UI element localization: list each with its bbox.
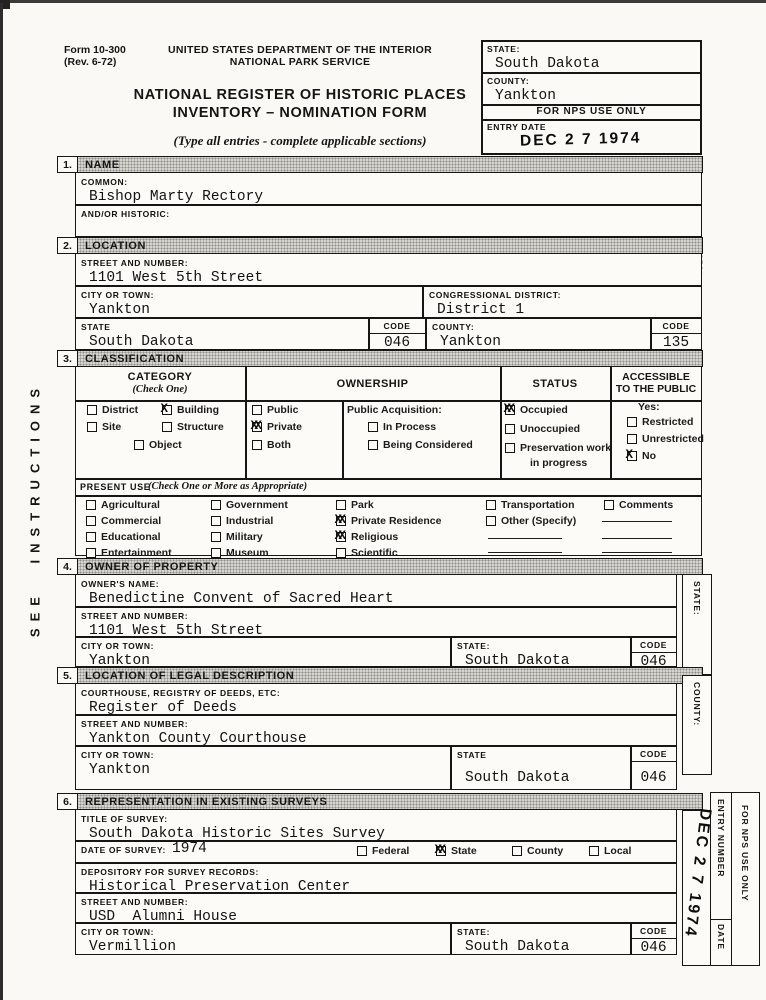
checkbox-item-federal: Federal xyxy=(357,845,409,857)
side-state-label: STATE: xyxy=(692,575,702,674)
location-city-label: CITY OR TOWN: xyxy=(77,287,421,300)
present-use-label: PRESENT USE xyxy=(80,482,150,492)
section-2-number: 2. xyxy=(58,238,78,253)
other-blank-line-2 xyxy=(488,552,562,553)
survey-street-field: STREET AND NUMBER: USD Alumni House xyxy=(77,894,675,925)
common-name-value: Bishop Marty Rectory xyxy=(77,187,700,205)
location-county-label: COUNTY: xyxy=(428,319,648,332)
form-title-block: NATIONAL REGISTER OF HISTORIC PLACES INV… xyxy=(120,86,480,122)
checkbox-item-public: Public xyxy=(252,404,299,416)
location-state-value: South Dakota xyxy=(77,332,367,350)
see-instructions-note: SEE INSTRUCTIONS xyxy=(28,360,43,660)
survey-state-label: STATE: xyxy=(453,924,628,937)
checkbox-item-industrial: Industrial xyxy=(211,515,273,527)
checkbox-occupied: XX xyxy=(505,405,515,415)
section-1-title: NAME xyxy=(78,157,120,172)
scan-edge-left xyxy=(0,3,3,1000)
checkbox-item-being-considered: Being Considered xyxy=(368,439,473,451)
public-acquisition-label: Public Acquisition: xyxy=(347,404,442,416)
survey-state-field: STATE: South Dakota xyxy=(453,924,628,955)
comments-blank-line-1 xyxy=(602,521,672,522)
legal-street-field: STREET AND NUMBER: Yankton County Courth… xyxy=(77,716,675,747)
county-field: COUNTY: Yankton xyxy=(483,73,700,104)
checkbox-item-military: Military xyxy=(211,531,263,543)
survey-code-value: 046 xyxy=(631,939,676,956)
legal-state-label: STATE xyxy=(453,747,628,760)
owner-street-field: STREET AND NUMBER: 1101 West 5th Street xyxy=(77,608,675,639)
checkbox-government xyxy=(211,500,221,510)
owner-code-label: CODE xyxy=(631,637,676,653)
checkbox-structure xyxy=(162,422,172,432)
location-city-field: CITY OR TOWN: Yankton xyxy=(77,287,421,318)
historic-name-field: AND/OR HISTORIC: xyxy=(77,206,700,221)
section-6-number: 6. xyxy=(58,794,78,809)
checkbox-park xyxy=(336,500,346,510)
checkbox-commercial xyxy=(86,516,96,526)
checkbox-industrial xyxy=(211,516,221,526)
form-title-line2: INVENTORY – NOMINATION FORM xyxy=(120,104,480,122)
owner-city-field: CITY OR TOWN: Yankton xyxy=(77,638,447,669)
category-subheader: (Check One) xyxy=(75,384,245,395)
accessible-header-1: ACCESSIBLE xyxy=(610,371,702,383)
checkbox-restricted xyxy=(627,417,637,427)
side-state-cell: STATE: xyxy=(682,574,712,675)
owner-name-label: OWNER'S NAME: xyxy=(77,576,675,589)
survey-date-value: 1974 xyxy=(172,841,207,857)
checkbox-item-district: District xyxy=(87,404,138,416)
legal-code-label: CODE xyxy=(631,746,676,762)
checkbox-transportation xyxy=(486,500,496,510)
depository-label: DEPOSITORY FOR SURVEY RECORDS: xyxy=(77,864,675,877)
checkbox-item-building: XBuilding xyxy=(162,404,219,416)
checkbox-educational xyxy=(86,532,96,542)
checkbox-unrestricted xyxy=(627,434,637,444)
legal-street-label: STREET AND NUMBER: xyxy=(77,716,675,729)
other-blank-line-1 xyxy=(488,538,562,539)
entry-number-label: ENTRY NUMBER xyxy=(716,793,726,919)
owner-state-field: STATE: South Dakota xyxy=(453,638,628,669)
checkbox-local xyxy=(589,846,599,856)
accessible-header-2: TO THE PUBLIC xyxy=(610,383,702,395)
checkbox-both xyxy=(252,440,262,450)
survey-city-field: CITY OR TOWN: Vermillion xyxy=(77,924,447,955)
checkbox-item-county: County xyxy=(512,845,563,857)
county-code-label: CODE xyxy=(651,318,701,334)
checkbox-no: X xyxy=(627,451,637,461)
date-cell-label: DATE xyxy=(716,920,726,965)
form-number-block: Form 10-300 (Rev. 6-72) xyxy=(64,44,126,68)
checkbox-item-occupied: XXOccupied xyxy=(505,404,568,416)
present-use-subnote: (Check One or More as Appropriate) xyxy=(148,481,307,492)
section-6-bar: 6. REPRESENTATION IN EXISTING SURVEYS xyxy=(57,793,703,810)
section-3-title: CLASSIFICATION xyxy=(78,351,184,366)
historic-name-value xyxy=(77,219,700,221)
checkbox-public xyxy=(252,405,262,415)
checkbox-district xyxy=(87,405,97,415)
section-2-title: LOCATION xyxy=(78,238,146,253)
section-3-bar: 3. CLASSIFICATION xyxy=(57,350,703,367)
side-county-cell: COUNTY: xyxy=(682,675,712,775)
checkbox-item-structure: Structure xyxy=(162,421,224,433)
checkbox-private-residence: XX xyxy=(336,516,346,526)
owner-code-cell: CODE 046 xyxy=(631,637,676,670)
section-1-number: 1. xyxy=(58,157,78,172)
form-revision: (Rev. 6-72) xyxy=(64,56,126,68)
checkbox-item-private: XXPrivate xyxy=(252,421,302,433)
county-value: Yankton xyxy=(483,86,700,104)
location-city-value: Yankton xyxy=(77,300,421,318)
preservation-work-label2: in progress xyxy=(530,457,587,469)
side-county-label: COUNTY: xyxy=(692,676,702,774)
survey-title-label: TITLE OF SURVEY: xyxy=(77,811,675,824)
legal-state-field: STATE South Dakota xyxy=(453,747,628,786)
state-code-cell: CODE 046 xyxy=(369,318,425,351)
entry-date-label: ENTRY DATE xyxy=(487,122,546,132)
date-cell: DATE xyxy=(710,919,732,966)
department-block: UNITED STATES DEPARTMENT OF THE INTERIOR… xyxy=(150,44,450,68)
checkbox-item-private-residence: XXPrivate Residence xyxy=(336,515,441,527)
historic-name-label: AND/OR HISTORIC: xyxy=(77,206,700,219)
checkbox-county xyxy=(512,846,522,856)
owner-street-label: STREET AND NUMBER: xyxy=(77,608,675,621)
section-5-bar: 5. LOCATION OF LEGAL DESCRIPTION xyxy=(57,667,703,684)
owner-name-field: OWNER'S NAME: Benedictine Convent of Sac… xyxy=(77,576,675,607)
checkbox-item-agricultural: Agricultural xyxy=(86,499,160,511)
state-code-label: CODE xyxy=(369,318,425,334)
checkbox-item-unoccupied: Unoccupied xyxy=(505,423,580,435)
checkbox-item-unrestricted: Unrestricted xyxy=(627,433,704,445)
congressional-district-value: District 1 xyxy=(425,300,700,318)
form-title-line1: NATIONAL REGISTER OF HISTORIC PLACES xyxy=(120,86,480,104)
checkbox-item-educational: Educational xyxy=(86,531,161,543)
section-4-number: 4. xyxy=(58,559,78,574)
state-field: STATE: South Dakota xyxy=(483,41,700,72)
checkbox-item-other: Other (Specify) xyxy=(486,515,576,527)
section-5-number: 5. xyxy=(58,668,78,683)
scan-edge-top xyxy=(0,0,766,3)
courthouse-label: COURTHOUSE, REGISTRY OF DEEDS, ETC: xyxy=(77,685,675,698)
survey-city-label: CITY OR TOWN: xyxy=(77,924,447,937)
checkbox-state: XX xyxy=(436,846,446,856)
owner-city-label: CITY OR TOWN: xyxy=(77,638,447,651)
checkbox-military xyxy=(211,532,221,542)
checkbox-comments xyxy=(604,500,614,510)
checkbox-item-comments: Comments xyxy=(604,499,673,511)
comments-blank-line-3 xyxy=(602,552,672,553)
for-nps-use-only-label: FOR NPS USE ONLY xyxy=(740,793,750,965)
checkbox-item-local: Local xyxy=(589,845,631,857)
county-label: COUNTY: xyxy=(483,73,700,86)
comments-blank-line-2 xyxy=(602,538,672,539)
checkbox-preservation-work xyxy=(505,443,515,453)
checkbox-item-object: Object xyxy=(134,439,182,451)
checkbox-building: X xyxy=(162,405,172,415)
legal-state-value: South Dakota xyxy=(453,760,628,786)
location-state-label: STATE xyxy=(77,319,367,332)
depository-field: DEPOSITORY FOR SURVEY RECORDS: Historica… xyxy=(77,864,675,895)
checkbox-item-no: XNo xyxy=(627,450,656,462)
location-street-value: 1101 West 5th Street xyxy=(77,268,700,286)
congressional-district-label: CONGRESSIONAL DISTRICT: xyxy=(425,287,700,300)
section-5-title: LOCATION OF LEGAL DESCRIPTION xyxy=(78,668,294,683)
section-4-bar: 4. OWNER OF PROPERTY xyxy=(57,558,703,575)
section-1-bar: 1. NAME xyxy=(57,156,703,173)
checkbox-museum xyxy=(211,548,221,558)
location-county-field: COUNTY: Yankton xyxy=(428,319,648,350)
checkbox-unoccupied xyxy=(505,424,515,434)
survey-date-label: DATE OF SURVEY: xyxy=(81,845,166,855)
state-label: STATE: xyxy=(483,41,700,54)
checkbox-private: XX xyxy=(252,422,262,432)
checkbox-item-site: Site xyxy=(87,421,121,433)
checkbox-item-state: XXState xyxy=(436,845,477,857)
county-code-cell: CODE 135 xyxy=(651,318,701,351)
checkbox-item-preservation-work: Preservation work xyxy=(505,442,611,454)
checkbox-religious: XX xyxy=(336,532,346,542)
common-name-label: COMMON: xyxy=(77,174,700,187)
checkbox-item-commercial: Commercial xyxy=(86,515,161,527)
department-line1: UNITED STATES DEPARTMENT OF THE INTERIOR xyxy=(150,44,450,56)
survey-code-label: CODE xyxy=(631,923,676,939)
checkbox-site xyxy=(87,422,97,432)
legal-city-value: Yankton xyxy=(77,760,447,778)
checkbox-item-government: Government xyxy=(211,499,288,511)
checkbox-item-in-process: In Process xyxy=(368,421,436,433)
checkbox-item-park: Park xyxy=(336,499,374,511)
ownership-header: OWNERSHIP xyxy=(245,378,500,390)
survey-state-value: South Dakota xyxy=(453,937,628,955)
legal-city-field: CITY OR TOWN: Yankton xyxy=(77,747,447,778)
checkbox-agricultural xyxy=(86,500,96,510)
type-note: (Type all entries - complete applicable … xyxy=(120,133,480,149)
form-number: Form 10-300 xyxy=(64,44,126,56)
survey-title-field: TITLE OF SURVEY: South Dakota Historic S… xyxy=(77,811,675,842)
checkbox-being-considered xyxy=(368,440,378,450)
checkbox-item-both: Both xyxy=(252,439,291,451)
owner-state-label: STATE: xyxy=(453,638,628,651)
legal-code-value: 046 xyxy=(631,762,676,786)
legal-code-cell: CODE 046 xyxy=(631,746,676,786)
section-2-bar: 2. LOCATION xyxy=(57,237,703,254)
checkbox-item-restricted: Restricted xyxy=(627,416,693,428)
checkbox-item-religious: XXReligious xyxy=(336,531,398,543)
location-street-field: STREET AND NUMBER: 1101 West 5th Street xyxy=(77,255,700,286)
congressional-district-field: CONGRESSIONAL DISTRICT: District 1 xyxy=(425,287,700,318)
department-line2: NATIONAL PARK SERVICE xyxy=(150,56,450,68)
checkbox-entertainment xyxy=(86,548,96,558)
for-nps-use-only: FOR NPS USE ONLY xyxy=(483,106,700,117)
checkbox-object xyxy=(134,440,144,450)
courthouse-field: COURTHOUSE, REGISTRY OF DEEDS, ETC: Regi… xyxy=(77,685,675,716)
for-nps-use-only-cell: FOR NPS USE ONLY xyxy=(731,792,760,966)
survey-code-cell: CODE 046 xyxy=(631,923,676,956)
section-6-title: REPRESENTATION IN EXISTING SURVEYS xyxy=(78,794,327,809)
scanned-form-page: Form 10-300 (Rev. 6-72) UNITED STATES DE… xyxy=(0,0,766,1000)
checkbox-other xyxy=(486,516,496,526)
section-3-number: 3. xyxy=(58,351,78,366)
legal-city-label: CITY OR TOWN: xyxy=(77,747,447,760)
checkbox-item-transportation: Transportation xyxy=(486,499,575,511)
checkbox-in-process xyxy=(368,422,378,432)
accessible-yes-label: Yes: xyxy=(638,401,660,413)
state-value: South Dakota xyxy=(483,54,700,72)
checkbox-scientific xyxy=(336,548,346,558)
common-name-field: COMMON: Bishop Marty Rectory xyxy=(77,174,700,205)
location-state-field: STATE South Dakota xyxy=(77,319,367,350)
survey-city-value: Vermillion xyxy=(77,937,447,955)
survey-street-label: STREET AND NUMBER: xyxy=(77,894,675,907)
owner-name-value: Benedictine Convent of Sacred Heart xyxy=(77,589,675,607)
location-street-label: STREET AND NUMBER: xyxy=(77,255,700,268)
status-header: STATUS xyxy=(500,378,610,390)
section-4-title: OWNER OF PROPERTY xyxy=(78,559,218,574)
entry-date-stamp: DEC 2 7 1974 xyxy=(520,129,642,150)
category-header: CATEGORY xyxy=(75,371,245,383)
location-county-value: Yankton xyxy=(428,332,648,350)
state-code-value: 046 xyxy=(369,334,425,351)
checkbox-federal xyxy=(357,846,367,856)
county-code-value: 135 xyxy=(651,334,701,351)
